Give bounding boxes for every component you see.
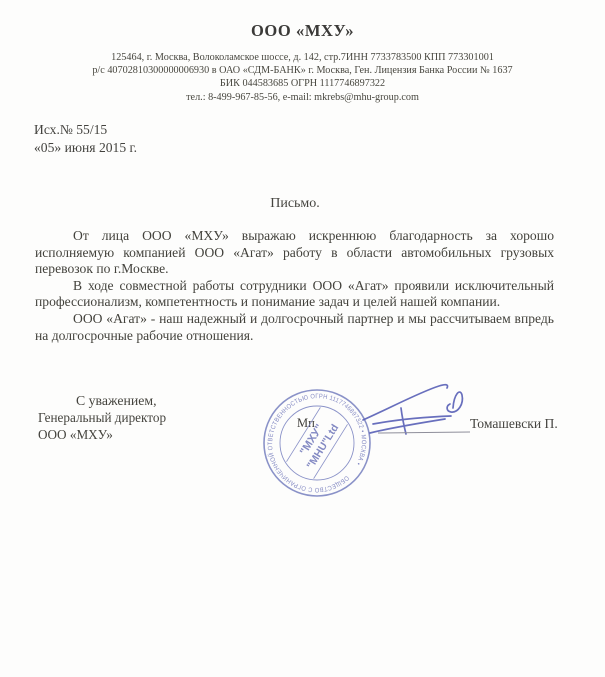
letter-body: От лица ООО «МХУ» выражаю искреннюю благ…: [35, 228, 554, 344]
signature-stroke: [401, 408, 406, 434]
body-paragraph: От лица ООО «МХУ» выражаю искреннюю благ…: [35, 228, 554, 278]
company-title: ООО «МХУ»: [0, 21, 605, 41]
signature-stroke: [447, 392, 462, 412]
closing-company: ООО «МХУ»: [38, 426, 166, 443]
signature-stroke: [363, 385, 448, 420]
body-paragraph: ООО «Агат» - наш надежный и долгосрочный…: [35, 311, 554, 344]
closing-position: Генеральный директор: [38, 409, 166, 426]
letterhead-address-line: 125464, г. Москва, Волоколамское шоссе, …: [0, 51, 605, 64]
stamp-center-group: "МХУ" "MHU"Ltd: [286, 407, 347, 478]
letter-page: ООО «МХУ» 125464, г. Москва, Волоколамск…: [0, 0, 605, 677]
reference-block: Исх.№ 55/15 «05» июня 2015 г.: [34, 121, 137, 157]
stamp-inner-ring: [280, 406, 354, 480]
letterhead-bank-line: р/с 40702810300000006930 в ОАО «СДМ-БАНК…: [0, 64, 605, 77]
signatory-name: Томашевски П.: [470, 416, 558, 432]
closing-block: С уважением, Генеральный директор ООО «М…: [38, 392, 166, 444]
letter-date: «05» июня 2015 г.: [34, 139, 137, 157]
letterhead-contact-block: 125464, г. Москва, Волоколамское шоссе, …: [0, 51, 605, 104]
letter-subject: Письмо.: [35, 196, 555, 212]
handwritten-signature: [355, 378, 475, 438]
outgoing-number: Исх.№ 55/15: [34, 121, 137, 139]
body-paragraph: В ходе совместной работы сотрудники ООО …: [35, 278, 554, 311]
letterhead-bik-ogrn-line: БИК 044583685 ОГРН 1117746897322: [0, 77, 605, 90]
letterhead-phone-email-line: тел.: 8-499-967-85-56, e-mail: mkrebs@mh…: [0, 91, 605, 104]
closing-regards: С уважением,: [38, 392, 166, 409]
